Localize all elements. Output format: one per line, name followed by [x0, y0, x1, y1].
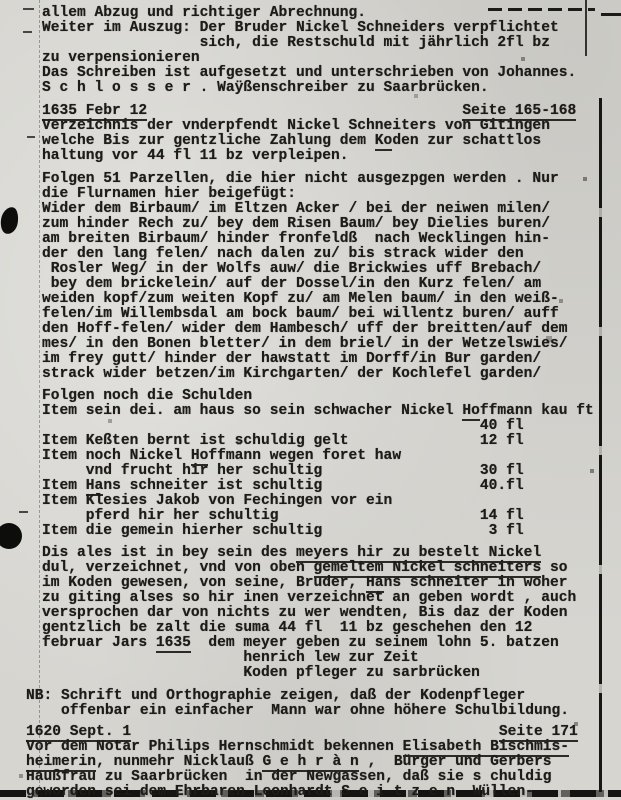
text-run: weiden kopf/zum weiten Kopf zu/ am Melen… — [42, 291, 559, 307]
text-run: zu giting alses so hir inen verzeichnet … — [42, 590, 576, 606]
document-line: geworden sei dem Ehrbaren Leonhardt S e … — [26, 785, 617, 800]
document-body: allem Abzug und richtiger Abrechnung.Wei… — [42, 6, 617, 800]
text-run: Vor dem Notar Philips Hernschmidt bekenn… — [26, 739, 403, 755]
text-run: offenbar ein einfacher Mann war ohne höh… — [26, 703, 569, 719]
section-closing-paragraph: Dis ales ist in bey sein des meyers hir … — [42, 546, 617, 681]
underlined-text-run: S e i t z e n — [341, 784, 455, 800]
document-line: februar Jars 1635 dem meyer geben zu sei… — [42, 636, 617, 651]
document-line: dul, verzeichnet, vnd von oben gemeltem … — [42, 561, 617, 576]
document-line: strack wider betzen/im Kirchgarten/ der … — [42, 367, 617, 382]
scanned-page: { "page": { "kind": "scanned typewritten… — [0, 0, 621, 800]
text-run: vnd frucht hir her schultig 30 fl — [42, 463, 524, 479]
text-run: Verzeichnis der vnderpfendt Nickel Schne… — [42, 118, 550, 134]
margin-tick-mark — [27, 136, 35, 138]
document-line: mes/ in den Bonen bletter/ in dem briel/… — [42, 337, 617, 352]
document-line: Folgen noch die Schulden — [42, 389, 617, 404]
document-line: NB: Schrift und Orthographie zeigen, daß… — [26, 689, 617, 704]
document-line: zu giting alses so hir inen verzeichnet … — [42, 591, 617, 606]
punch-hole-bottom — [0, 523, 22, 549]
text-run: dul, verzeichnet, vnd von oben — [42, 560, 314, 576]
text-run: Haußfrau zu Saarbrücken in der Newgassen… — [26, 769, 551, 785]
document-line: haltung vor 44 fl 11 bz verpleipen. — [42, 149, 617, 164]
document-line: vnd frucht hir her schultig 30 fl — [42, 464, 617, 479]
document-line: offenbar ein einfacher Mann war ohne höh… — [26, 704, 617, 719]
margin-tick-mark — [23, 31, 32, 33]
margin-tick-mark — [23, 8, 34, 10]
document-line: pferd hir her schultig 14 fl — [42, 509, 617, 524]
text-run: die Flurnamen hier beigefügt: — [42, 186, 296, 202]
text-run: der den lang felen/ nach dalen zu/ bis s… — [42, 246, 524, 262]
document-line: Das Schreiben ist aufgesetzt und untersc… — [42, 66, 617, 81]
document-line: Folgen 51 Parzellen, die hier nicht ausg… — [42, 172, 617, 187]
text-run: den zur schattlos — [392, 133, 541, 149]
text-run: welche Bis zur gentzliche Zahlung dem — [42, 133, 375, 149]
document-line: S c h l o s s e r . Waÿßenschreiber zu S… — [42, 81, 617, 96]
section-nota-bene: NB: Schrift und Orthographie zeigen, daß… — [26, 689, 617, 719]
document-line: Vor dem Notar Philips Hernschmidt bekenn… — [26, 740, 617, 755]
text-run: Weiter im Auszug: Der Bruder Nickel Schn… — [42, 20, 559, 36]
document-line: 1635 Febr 12 Seite 165-168 — [42, 104, 617, 119]
document-line: sich, die Restschuld mit jährlich 2fl bz — [42, 36, 617, 51]
text-run: henrich lew zur Zeit — [42, 650, 419, 666]
text-run: ffmann wegen foret haw — [208, 448, 401, 464]
text-run: zu verpensionieren — [42, 50, 200, 66]
document-line: Rosler Weg/ in der Wolfs auw/ die Brickw… — [42, 262, 617, 277]
document-line: 1620 Sept. 1 Seite 171 — [26, 725, 617, 740]
section-parcels-flurnamen: Folgen 51 Parzellen, die hier nicht ausg… — [42, 172, 617, 382]
document-line: 40 fl — [42, 419, 617, 434]
text-run: Item sein dei. am haus so sein schwacher… — [42, 403, 462, 419]
text-run: Item Keßten bernt ist schuldig gelt 12 f… — [42, 433, 524, 449]
document-line: Item die gemein hierher schultig 3 fl — [42, 524, 617, 539]
document-line: versprochen dar von nichts zu wer wendte… — [42, 606, 617, 621]
document-line: Weiter im Auszug: Der Bruder Nickel Schn… — [42, 21, 617, 36]
text-run: am breiten Birbaum/ hinder fronfeldß nac… — [42, 231, 550, 247]
text-run: Wüllen- — [455, 784, 534, 800]
text-run: Wider dem Birbaum/ im Eltzen Acker / bei… — [42, 201, 550, 217]
document-line: zum hinder Rech zu/ bey dem Risen Baum/ … — [42, 217, 617, 232]
text-run: , nunmehr Nicklauß — [96, 754, 262, 770]
text-run: S c h l o s s e r . Waÿßenschreiber zu S… — [42, 80, 489, 96]
text-run: ns schneiter ist schultig 40.fl — [103, 478, 523, 494]
document-line: heimerin, nunmehr Nicklauß G e h r à n ,… — [26, 755, 617, 770]
text-run: strack wider betzen/im Kirchgarten/ der … — [42, 366, 541, 382]
text-run: Dis ales ist in bey sein des — [42, 545, 296, 561]
text-run: , Bürger und Gerbers — [359, 754, 552, 770]
text-run: felen/im Willembsdal am bock baum/ bei w… — [42, 306, 559, 322]
document-line: bey dem brickelein/ auf der Dossel/in de… — [42, 277, 617, 292]
text-run — [147, 103, 462, 119]
text-run: Item Klesies Jakob von Fechingen vor ein — [42, 493, 392, 509]
text-run: Folgen 51 Parzellen, die hier nicht ausg… — [42, 171, 559, 187]
text-run: dem meyer geben zu seinem lohn 5. batzen — [191, 635, 559, 651]
text-run: 40 fl — [42, 418, 524, 434]
document-line: Koden pfleger zu sarbrücken — [42, 666, 617, 681]
document-line: allem Abzug und richtiger Abrechnung. — [42, 6, 617, 21]
document-line: am breiten Birbaum/ hinder fronfeldß nac… — [42, 232, 617, 247]
section-entry-1620: 1620 Sept. 1 Seite 171Vor dem Notar Phil… — [26, 725, 617, 800]
document-line: Item noch Nickel Hoffmann wegen foret ha… — [42, 449, 617, 464]
text-run: Item — [42, 478, 86, 494]
text-run: pferd hir her schultig 14 fl — [42, 508, 524, 524]
document-line: Item Hans schneiter ist schultig 40.fl — [42, 479, 617, 494]
text-run: NB: Schrift und Orthographie zeigen, daß… — [26, 688, 525, 704]
document-line: welche Bis zur gentzliche Zahlung dem Ko… — [42, 134, 617, 149]
section-intro-1635-closing: allem Abzug und richtiger Abrechnung.Wei… — [42, 6, 617, 96]
document-line: weiden kopf/zum weiten Kopf zu/ am Melen… — [42, 292, 617, 307]
text-run — [131, 724, 499, 740]
text-run: im frey gutt/ hinder der hawstatt im Dor… — [42, 351, 541, 367]
document-line: gentzlich be zalt die suma 44 fl 11 bz g… — [42, 621, 617, 636]
text-run: allem Abzug und richtiger Abrechnung. — [42, 5, 366, 21]
text-run: sich, die Restschuld mit jährlich 2fl bz — [42, 35, 550, 51]
document-line: zu verpensionieren — [42, 51, 617, 66]
text-run: Folgen noch die Schulden — [42, 388, 252, 404]
document-line: Dis ales ist in bey sein des meyers hir … — [42, 546, 617, 561]
document-line: im frey gutt/ hinder der hawstatt im Dor… — [42, 352, 617, 367]
text-run: Das Schreiben ist aufgesetzt und untersc… — [42, 65, 576, 81]
document-line: Haußfrau zu Saarbrücken in der Newgassen… — [26, 770, 617, 785]
text-run: Item die gemein hierher schultig 3 fl — [42, 523, 524, 539]
underlined-text-run: Ko — [375, 133, 393, 151]
scan-noise-specks — [0, 0, 2, 2]
text-run: ffmann kau ft — [480, 403, 594, 419]
document-line: Item sein dei. am haus so sein schwacher… — [42, 404, 617, 419]
section-schulden-list: Folgen noch die SchuldenItem sein dei. a… — [42, 389, 617, 539]
document-line: Verzeichnis der vnderpfendt Nickel Schne… — [42, 119, 617, 134]
text-run: Koden pfleger zu sarbrücken — [42, 665, 480, 681]
text-run: geworden sei dem Ehrbaren Leonhardt — [26, 784, 341, 800]
text-run: gentzlich be zalt die suma 44 fl 11 bz g… — [42, 620, 532, 636]
text-run: februar Jars — [42, 635, 156, 651]
document-line: felen/im Willembsdal am bock baum/ bei w… — [42, 307, 617, 322]
text-run: zum hinder Rech zu/ bey dem Risen Baum/ … — [42, 216, 550, 232]
text-run: Rosler Weg/ in der Wolfs auw/ die Brickw… — [42, 261, 541, 277]
document-line: im Koden gewesen, von seine, Bruder, Han… — [42, 576, 617, 591]
text-run: bey dem brickelein/ auf der Dossel/in de… — [42, 276, 541, 292]
left-margin-dotted-rule — [39, 0, 40, 788]
text-run: haltung vor 44 fl 11 bz verpleipen. — [42, 148, 349, 164]
text-run: Item noch Nickel — [42, 448, 191, 464]
margin-tick-mark — [19, 511, 28, 513]
document-line: Item Keßten bernt ist schuldig gelt 12 f… — [42, 434, 617, 449]
text-run: mes/ in den Bonen bletter/ in dem briel/… — [42, 336, 567, 352]
document-line: henrich lew zur Zeit — [42, 651, 617, 666]
document-line: der den lang felen/ nach dalen zu/ bis s… — [42, 247, 617, 262]
punch-hole-top — [0, 206, 20, 235]
text-run: ns schneiter in woher — [384, 575, 568, 591]
document-line: Item Klesies Jakob von Fechingen vor ein — [42, 494, 617, 509]
document-line: die Flurnamen hier beigefügt: — [42, 187, 617, 202]
text-run: so — [541, 560, 567, 576]
section-entry-1635-header: 1635 Febr 12 Seite 165-168Verzeichnis de… — [42, 104, 617, 164]
text-run: im Koden gewesen, von seine, Bruder, — [42, 575, 366, 591]
document-line: Wider dem Birbaum/ im Eltzen Acker / bei… — [42, 202, 617, 217]
document-line: den Hoff-felen/ wider dem Hambesch/ uff … — [42, 322, 617, 337]
text-run: versprochen dar von nichts zu wer wendte… — [42, 605, 567, 621]
text-run: den Hoff-felen/ wider dem Hambesch/ uff … — [42, 321, 567, 337]
